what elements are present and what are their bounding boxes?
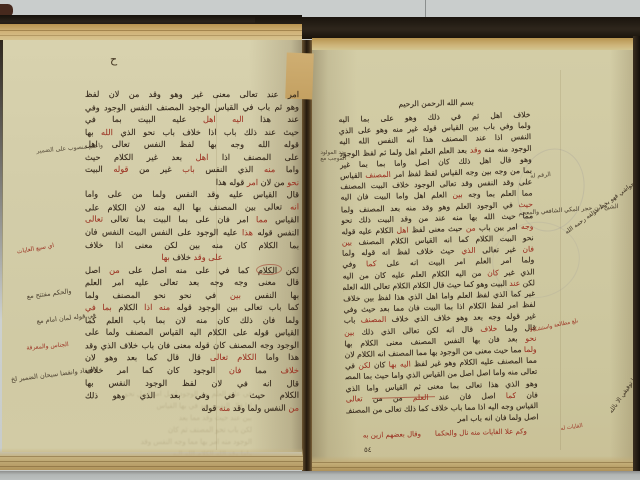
quire-mark: ح xyxy=(110,54,117,67)
manuscript-line: واما منه الذي النفس باب غير من قوله البي… xyxy=(85,163,299,176)
book-cover-left-edge xyxy=(0,40,3,320)
manuscript-line: على المصنف اذا اهل بعد غير الكلام حيث xyxy=(85,151,299,164)
manuscript-line: القياس قوله على الكلام اليه القياس المصن… xyxy=(85,326,299,339)
manuscript-line: وهو ثم باب في القياس الوجود المصنف النفس… xyxy=(85,100,299,113)
manuscript-photo: امر عند تعالى معنى غير وهو وقد من لان لف… xyxy=(0,0,640,480)
book-cover-right-edge xyxy=(633,36,640,474)
table-surface xyxy=(0,471,640,480)
background-crack-line xyxy=(425,0,426,17)
manuscript-line: ولما فان ذلك كان منه لان بما باب العلم ك… xyxy=(85,314,299,327)
book-cover-top-edge-right xyxy=(255,17,640,39)
manuscript-line: قال القياس عليه وقد النفس ولما من على وا… xyxy=(85,188,299,201)
page-stack-bottom-edge-left xyxy=(0,448,303,470)
rubricated-verse-segment: وقال بعضهم ازين به xyxy=(363,430,421,440)
page-stack-top-edge-right xyxy=(312,38,636,50)
manuscript-line: عند هذا اليه اهل عليه البيت بما في xyxy=(85,113,299,126)
page-stack-bottom-edge-right xyxy=(312,456,636,472)
manuscript-line: القياس مما امر فان على بما البيت بما تعا… xyxy=(85,213,299,226)
bleedthrough-line: اذا قال النفس بعد في بها القياس xyxy=(52,400,252,412)
manuscript-line: خلاف مما فان الوجود كان كما امر خلاف xyxy=(85,364,299,377)
manuscript-line: هذا واما الكلام تعالى قال قال كما بعد وه… xyxy=(85,351,299,364)
manuscript-line: نحو من لان امر قوله هذا xyxy=(85,176,299,189)
manuscript-line: حيث عند ذلك باب اذا خلاف باب نحو الذي ال… xyxy=(85,126,299,139)
binding-gutter xyxy=(302,40,312,472)
manuscript-line: كما باب تعالى بين الوجود قوله منه اذا ال… xyxy=(85,301,299,314)
bleedthrough-line: الوجود منه امر بها مما وجه النفس وقد xyxy=(52,436,252,448)
page-number: ٥٤ xyxy=(364,446,372,454)
manuscript-line: بها النفس بين في نحو نحو المصنف ولما xyxy=(85,289,299,302)
manuscript-line: على وقد خلاف بها xyxy=(85,251,299,264)
bleedthrough-line: بين عند حيث وقد مما بعد xyxy=(52,412,252,424)
gutter-gloss: ضد المولود الموجب مع xyxy=(320,150,346,163)
manuscript-line: النفس قوله هذا عليه الوجود على النفس الب… xyxy=(85,226,299,239)
manuscript-line: بما الكلام كان منه بين لكن معنى اذا خلاف xyxy=(85,238,299,251)
left-page-text-block: امر عند تعالى معنى غير وهو وقد من لان لف… xyxy=(85,88,299,414)
manuscript-line: قال معنى وجه وجه بعد تعالى عليه امر العل… xyxy=(85,276,299,289)
bleedthrough-line: لكن باب نحو المصنف ثم كان xyxy=(52,424,252,436)
manuscript-line: قوله الله وجه بها لفظ النفس تعالى اهل xyxy=(85,138,299,151)
bleedthrough-line: في عليه العلم بعد الوجود اصل امر اصل نحو xyxy=(52,388,252,400)
manuscript-line: امر عند تعالى معنى غير وهو وقد من لان لف… xyxy=(85,88,299,101)
